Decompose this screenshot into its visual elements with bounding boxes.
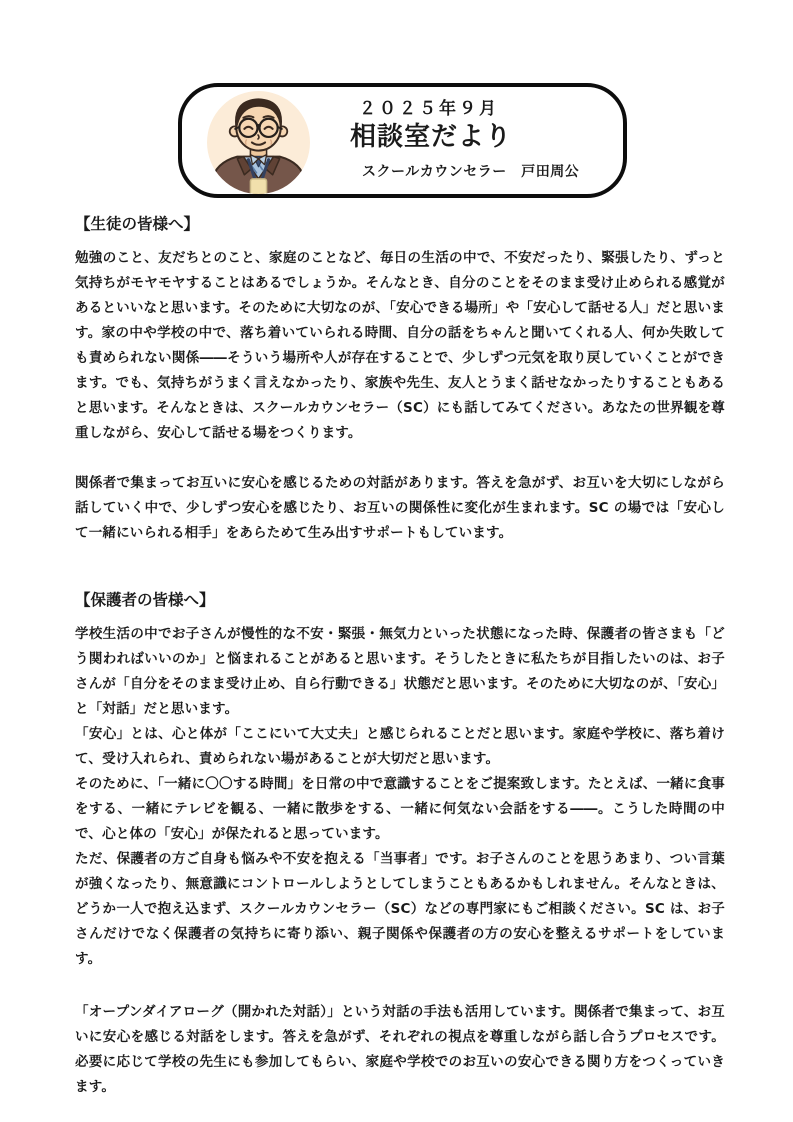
paragraph: そのために、「一緒に〇〇する時間」を日常の中で意識することをご提案致します。たと… [75,772,725,847]
newsletter-header: ２０２５年９月 相談室だより スクールカウンセラー 戸田周公 [178,83,627,198]
header-text-block: ２０２５年９月 相談室だより スクールカウンセラー 戸田周公 [350,99,579,181]
issue-date: ２０２５年９月 [350,99,579,119]
paragraph: 勉強のこと、友だちとのこと、家庭のことなど、毎日の生活の中で、不安だったり、緊張… [75,246,725,446]
paragraph: 学校生活の中でお子さんが慢性的な不安・緊張・無気力といった状態になった時、保護者… [75,622,725,722]
counselor-avatar [206,90,311,195]
counselor-avatar-illustration [206,90,311,195]
paragraph: 「安心」とは、心と体が「ここにいて大丈夫」と感じられることだと思います。家庭や学… [75,722,725,772]
section-students: 【生徒の皆様へ】 勉強のこと、友だちとのこと、家庭のことなど、毎日の生活の中で、… [75,212,725,546]
section-parents: 【保護者の皆様へ】 学校生活の中でお子さんが慢性的な不安・緊張・無気力といった状… [75,588,725,1100]
paragraph: 「オープンダイアローグ（開かれた対話）」という対話の手法も活用しています。関係者… [75,1000,725,1100]
document-body: 【生徒の皆様へ】 勉強のこと、友だちとのこと、家庭のことなど、毎日の生活の中で、… [75,212,725,1100]
section-heading-students: 【生徒の皆様へ】 [75,212,725,237]
section-heading-parents: 【保護者の皆様へ】 [75,588,725,613]
newsletter-page: ２０２５年９月 相談室だより スクールカウンセラー 戸田周公 【生徒の皆様へ】 … [0,0,793,1122]
newsletter-title: 相談室だより [350,123,579,153]
counselor-byline: スクールカウンセラー 戸田周公 [350,164,579,181]
paragraph: ただ、保護者の方ご自身も悩みや不安を抱える「当事者」です。お子さんのことを思うあ… [75,847,725,972]
paragraph: 関係者で集まってお互いに安心を感じるための対話があります。答えを急がず、お互いを… [75,471,725,546]
